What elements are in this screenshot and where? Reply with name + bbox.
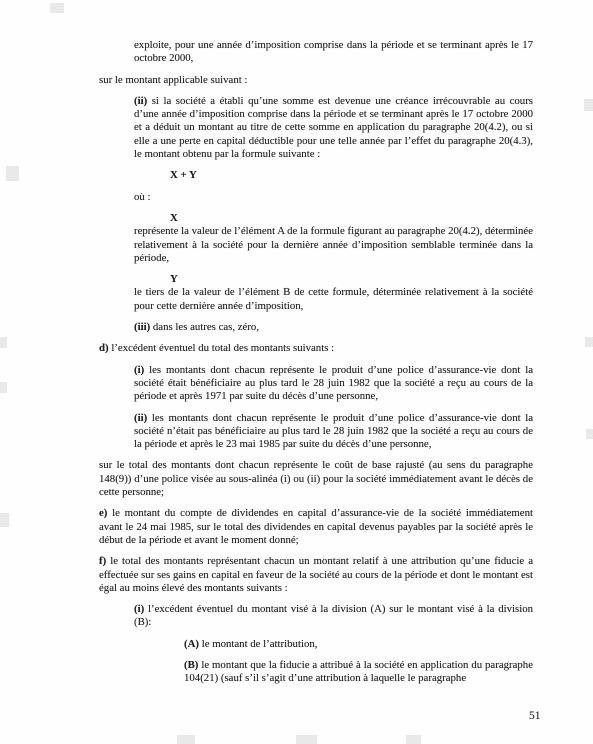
scan-mark — [296, 735, 317, 744]
scan-mark — [586, 429, 593, 439]
scan-mark — [0, 382, 7, 393]
paragraph: (ii) si la société a établi qu’une somme… — [134, 95, 533, 161]
paragraph: (iii) dans les autres cas, zéro, — [134, 321, 533, 334]
paragraph: le tiers de la valeur de l’élément B de … — [134, 286, 533, 313]
paragraph: X + Y — [170, 169, 533, 182]
paragraph: (ii) les montants dont chacun représente… — [134, 412, 533, 452]
scan-mark — [6, 166, 19, 181]
scan-mark — [177, 735, 195, 744]
page-number: 51 — [529, 710, 541, 722]
paragraph: exploite, pour une année d’imposition co… — [134, 39, 533, 66]
paragraph-enumerator: e) — [99, 507, 107, 519]
scan-mark — [0, 337, 7, 348]
paragraph-enumerator: f) — [99, 555, 106, 567]
document-page: exploite, pour une année d’imposition co… — [0, 0, 593, 744]
paragraph: f) le total des montants représentant ch… — [99, 555, 533, 595]
paragraph-enumerator: (i) — [134, 364, 144, 376]
paragraph: sur le montant applicable suivant : — [99, 74, 533, 87]
paragraph: (A) le montant de l’attribution, — [184, 638, 533, 651]
paragraph: (i) les montants dont chacun représente … — [134, 364, 533, 404]
paragraph: X — [170, 212, 533, 225]
paragraph: où : — [134, 191, 533, 204]
paragraph-enumerator: d) — [99, 342, 109, 354]
paragraph-enumerator: (B) — [184, 659, 198, 671]
paragraph: e) le montant du compte de dividendes en… — [99, 507, 533, 547]
paragraph: d) l’excédent éventuel du total des mont… — [99, 342, 533, 355]
page-content: exploite, pour une année d’imposition co… — [99, 39, 533, 694]
scan-mark — [50, 3, 64, 13]
paragraph: sur le total des montants dont chacun re… — [99, 459, 533, 499]
paragraph-enumerator: (A) — [184, 638, 199, 650]
scan-mark — [0, 513, 9, 527]
paragraph-enumerator: (ii) — [134, 412, 147, 424]
paragraph-enumerator: (i) — [134, 603, 144, 615]
paragraph: Y — [170, 273, 533, 286]
scan-mark — [584, 99, 593, 111]
scan-mark — [585, 337, 593, 347]
paragraph-enumerator: (iii) — [134, 321, 150, 333]
scan-mark — [406, 735, 421, 744]
paragraph-enumerator: (ii) — [134, 95, 147, 107]
paragraph: représente la valeur de l’élément A de l… — [134, 225, 533, 265]
paragraph: (B) le montant que la fiducie a attribué… — [184, 659, 533, 686]
paragraph: (i) l’excédent éventuel du montant visé … — [134, 603, 533, 630]
